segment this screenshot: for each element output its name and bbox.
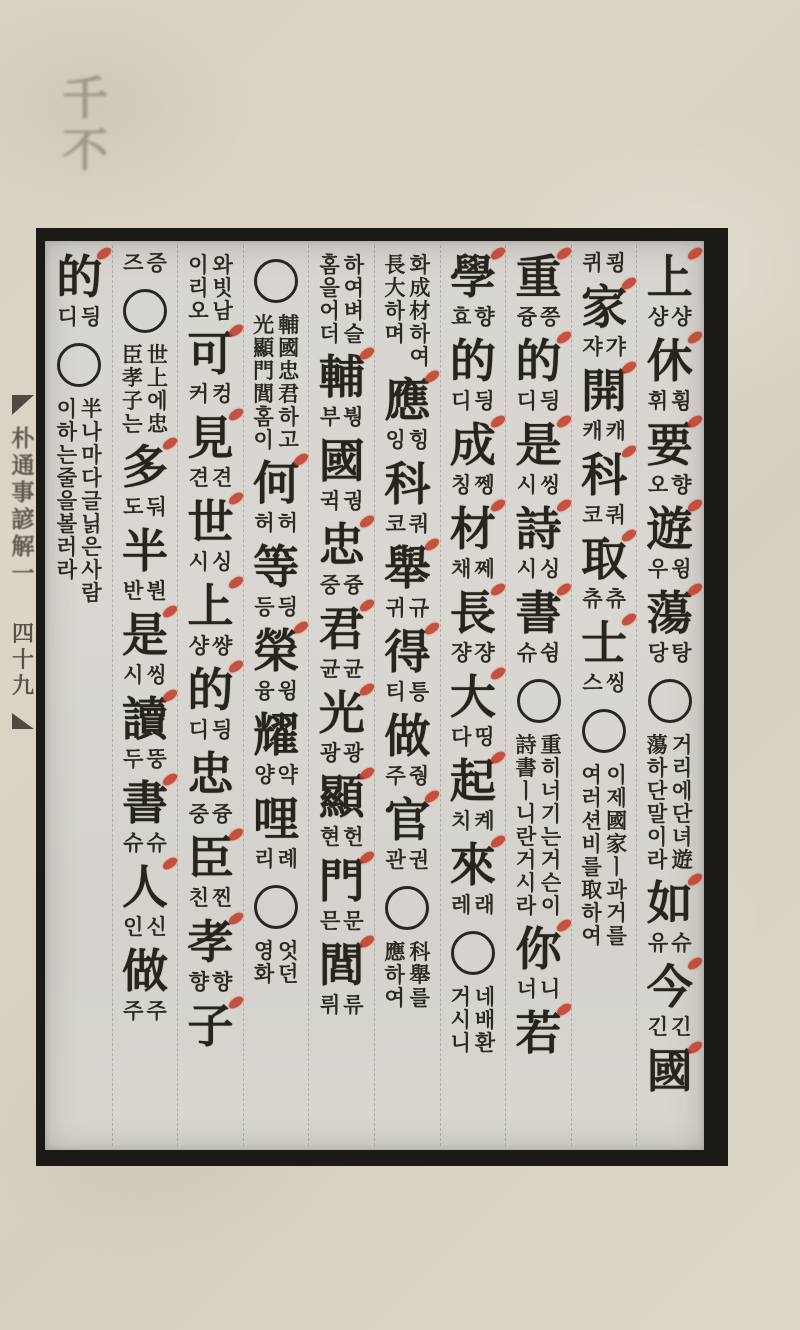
hangul-pronunciation-gloss: 탕당	[648, 641, 692, 665]
gloss-syllable: 등	[254, 595, 274, 619]
hanja-character: 休	[647, 335, 693, 387]
hanja-character: 是	[122, 609, 168, 661]
hangul-pronunciation-gloss: 붠반	[123, 579, 167, 603]
note-syllable: 하	[344, 253, 364, 276]
note-syllable: 科	[409, 940, 430, 963]
gloss-syllable: 약	[278, 763, 298, 787]
hanja-character: 忠	[188, 748, 234, 800]
note-syllable: 를	[606, 924, 626, 947]
note-syllable: 臣	[122, 343, 143, 366]
red-tone-mark	[620, 443, 638, 460]
gloss-syllable: 증	[146, 251, 166, 275]
gloss-syllable: 슈	[146, 831, 166, 855]
gloss-syllable: 믄	[320, 909, 340, 933]
note-syllable: 는	[541, 825, 561, 848]
gloss-syllable: 슈	[123, 831, 143, 855]
page-number-char: 四	[12, 621, 34, 647]
gloss-syllable: 샹	[671, 305, 691, 329]
hangul-pronunciation-gloss: 향효	[451, 305, 495, 329]
note-syllable: 詩	[516, 733, 537, 756]
note-syllable: 오	[188, 299, 208, 322]
note-syllable: 여	[344, 276, 364, 299]
book-title: 朴通事諺解一	[12, 425, 35, 587]
gloss-syllable: 즁	[517, 305, 537, 329]
note-syllable: 上	[147, 366, 168, 389]
red-tone-mark	[686, 1039, 704, 1056]
note-syllable: 글	[81, 489, 101, 512]
gloss-syllable: 츄	[582, 587, 602, 611]
gloss-syllable: 쯩	[540, 305, 560, 329]
note-syllable: 에	[147, 389, 167, 412]
book-title-char: 朴	[12, 425, 35, 452]
hangul-pronunciation-gloss: 딍디	[517, 389, 561, 413]
hangul-pronunciation-gloss: 규귀	[386, 596, 430, 620]
note-syllable: 光	[253, 313, 274, 336]
hanja-character: 科	[384, 458, 430, 510]
section-circle-marker	[254, 259, 298, 303]
hanja-character: 科	[581, 449, 627, 501]
note-syllable: 을	[319, 276, 339, 299]
red-tone-mark	[161, 771, 179, 788]
red-tone-mark	[489, 581, 507, 598]
hangul-pronunciation-gloss: 틍티	[386, 680, 430, 704]
note-syllable: 홈	[319, 253, 339, 276]
gloss-syllable: 싱	[212, 550, 232, 574]
note-syllable: 書	[516, 756, 537, 779]
gloss-syllable: 리	[254, 847, 274, 871]
hangul-pronunciation-gloss: 궝귁	[320, 489, 364, 513]
note-syllable: 材	[409, 299, 430, 322]
gloss-syllable: 딍	[540, 389, 560, 413]
hanja-character: 若	[516, 1007, 562, 1059]
note-syllable: 半	[81, 397, 102, 420]
note-syllable: 를	[581, 855, 601, 878]
note-syllable: 녀	[672, 825, 692, 848]
red-tone-mark	[686, 955, 704, 972]
note-syllable: 히	[541, 756, 561, 779]
gloss-syllable: 주	[123, 999, 143, 1023]
gloss-syllable: 찐	[212, 886, 232, 910]
gloss-syllable: 디	[517, 389, 537, 413]
note-syllable: 遊	[672, 848, 693, 871]
note-line: 光顯門閭홈이	[253, 313, 274, 451]
hangul-pronunciation-gloss: 문믄	[320, 909, 364, 933]
gloss-syllable: 시	[517, 557, 537, 581]
hangul-pronunciation-gloss: 싱시	[517, 557, 561, 581]
hanja-character: 如	[647, 877, 693, 929]
hangul-pronunciation-gloss: 균균	[320, 657, 364, 681]
note-syllable: 볼	[57, 512, 77, 535]
hangul-pronunciation-gloss: 견견	[189, 466, 233, 490]
gloss-syllable: 츄	[606, 587, 626, 611]
hangul-pronunciation-gloss: 힝잉	[386, 428, 430, 452]
book-title-char: 解	[12, 533, 35, 560]
gloss-syllable: 도	[123, 495, 143, 519]
interlinear-translation-note: 거리에단녀遊蕩하단말이라	[647, 733, 693, 871]
red-tone-mark	[620, 275, 638, 292]
gloss-syllable: 균	[343, 657, 363, 681]
column-6: 하여벼슬홈을어더輔붱부國궝귁忠즁중君균균光광광顯헌현門문믄閭류뤼	[308, 245, 374, 1146]
gloss-syllable: 슈	[517, 641, 537, 665]
gloss-syllable: 디	[189, 718, 209, 742]
gloss-syllable: 힝	[409, 428, 429, 452]
note-syllable: 忠	[147, 412, 168, 435]
note-syllable: 며	[385, 322, 405, 345]
note-syllable: 거	[451, 985, 471, 1008]
note-syllable: 君	[278, 382, 299, 405]
interlinear-translation-note: 와빗남이리오	[188, 253, 233, 322]
note-syllable: 다	[81, 466, 101, 489]
note-syllable: 國	[278, 336, 299, 359]
note-syllable: 하	[385, 963, 405, 986]
gloss-syllable: 쩨	[474, 557, 494, 581]
hangul-pronunciation-gloss: 허허	[254, 511, 298, 535]
book-title-char: 諺	[12, 506, 35, 533]
gloss-syllable: 줭	[409, 764, 429, 788]
note-syllable: 하	[57, 420, 77, 443]
red-tone-mark	[686, 413, 704, 430]
note-syllable: 國	[606, 809, 627, 832]
gloss-syllable: 융	[254, 679, 274, 703]
gloss-syllable: 휭	[671, 389, 691, 413]
note-syllable: 蕩	[647, 733, 668, 756]
note-syllable: 하	[581, 901, 601, 924]
red-tone-mark	[226, 322, 244, 339]
note-syllable: 환	[475, 1031, 495, 1054]
gloss-syllable: 슈	[671, 931, 691, 955]
hangul-pronunciation-gloss: 긴긴	[648, 1015, 692, 1039]
red-tone-mark	[489, 665, 507, 682]
note-line: 엇던	[278, 939, 298, 985]
hangul-pronunciation-gloss: 츄츄	[582, 587, 626, 611]
hanja-character: 詩	[516, 503, 562, 555]
gloss-syllable: 레	[451, 893, 471, 917]
note-syllable: 시	[516, 871, 536, 894]
red-tone-mark	[489, 497, 507, 514]
gloss-syllable: 당	[648, 641, 668, 665]
gloss-syllable: 래	[474, 893, 494, 917]
red-tone-mark	[423, 620, 441, 637]
note-line: 하여벼슬	[344, 253, 364, 345]
note-syllable: 말	[647, 802, 667, 825]
gloss-syllable: 디	[451, 389, 471, 413]
note-syllable: 어	[319, 299, 339, 322]
gloss-syllable: 반	[123, 579, 143, 603]
note-syllable: 이	[647, 825, 667, 848]
note-syllable: 여	[410, 345, 430, 368]
red-tone-mark	[554, 497, 572, 514]
note-line: 와빗남	[213, 253, 233, 322]
gloss-syllable: 띵	[474, 725, 494, 749]
hanja-character: 耀	[253, 709, 299, 761]
note-syllable: 이	[253, 428, 273, 451]
column-1-rightmost: 上샹샹休휭휘要향오遊윙우蕩탕당거리에단녀遊蕩하단말이라如슈유今긴긴國	[636, 245, 702, 1146]
note-syllable: 션	[581, 809, 601, 832]
red-tone-mark	[95, 245, 113, 262]
gloss-syllable: 긴	[648, 1015, 668, 1039]
gloss-syllable: 뚱	[146, 747, 166, 771]
note-line: 이제國家ㅣ과거를	[606, 763, 627, 947]
hanja-character: 成	[450, 419, 496, 471]
red-tone-mark	[358, 597, 376, 614]
note-line: 臣孝子는	[122, 343, 143, 435]
note-syllable: 閭	[253, 382, 274, 405]
hanja-character: 光	[319, 687, 365, 739]
gloss-syllable: 향	[671, 473, 691, 497]
red-tone-mark	[358, 933, 376, 950]
note-syllable: 네	[475, 985, 495, 1008]
hangul-pronunciation-gloss: 갸쟈	[582, 335, 626, 359]
hanja-character: 的	[450, 335, 496, 387]
interlinear-translation-note: 半나마다글닑은사람이하는줄을볼러라	[57, 397, 102, 604]
gloss-syllable: 유	[648, 931, 668, 955]
hanja-character: 何	[253, 457, 299, 509]
gloss-syllable: 쩽	[474, 473, 494, 497]
note-line: 이하는줄을볼러라	[57, 397, 77, 604]
note-line: 네배환	[475, 985, 495, 1054]
gloss-syllable: 코	[386, 512, 406, 536]
red-tone-mark	[423, 788, 441, 805]
section-circle-marker	[451, 931, 495, 975]
text-columns: 上샹샹休휭휘要향오遊윙우蕩탕당거리에단녀遊蕩하단말이라如슈유今긴긴國쾽퀴家갸쟈開…	[47, 245, 702, 1146]
note-syllable: 하	[410, 322, 430, 345]
note-line: 화成材하여	[409, 253, 430, 368]
hanja-character: 遊	[647, 503, 693, 555]
gloss-syllable: 향	[474, 305, 494, 329]
page-number-char: 九	[12, 673, 34, 699]
note-syllable: 家	[606, 832, 627, 855]
gloss-syllable: 딍	[278, 595, 298, 619]
section-circle-marker	[123, 289, 167, 333]
gloss-syllable: 오	[648, 473, 668, 497]
hangul-pronunciation-gloss: 쩽칭	[451, 473, 495, 497]
gloss-syllable: 권	[409, 848, 429, 872]
gloss-syllable: 현	[320, 825, 340, 849]
note-syllable: 는	[122, 412, 142, 435]
gloss-syllable: 두	[123, 747, 143, 771]
gloss-syllable: 궝	[343, 489, 363, 513]
section-circle-marker	[57, 343, 101, 387]
gloss-syllable: 스	[582, 671, 602, 695]
section-circle-marker	[648, 679, 692, 723]
note-syllable: 하	[278, 405, 298, 428]
gloss-syllable: 부	[320, 405, 340, 429]
gloss-syllable: 붱	[343, 405, 363, 429]
note-syllable: 거	[672, 733, 692, 756]
red-tone-mark	[686, 497, 704, 514]
gloss-syllable: 샹	[648, 305, 668, 329]
note-syllable: 니	[516, 802, 536, 825]
hangul-pronunciation-gloss: 향오	[648, 473, 692, 497]
hanja-character: 來	[450, 839, 496, 891]
wrapped-pronunciation-gloss: 증즈	[123, 251, 167, 275]
note-syllable: 長	[384, 253, 405, 276]
gloss-syllable: 싱	[540, 557, 560, 581]
hangul-pronunciation-gloss: 슈슈	[123, 831, 167, 855]
section-circle-marker	[517, 679, 561, 723]
hanja-character: 的	[516, 335, 562, 387]
hanja-character: 忠	[319, 519, 365, 571]
note-line: 輔國忠君하고	[278, 313, 299, 451]
center-fold-margin: 朴通事諺解一 四十九	[8, 395, 38, 729]
gloss-syllable: 쿼	[409, 512, 429, 536]
note-syllable: 門	[253, 359, 274, 382]
gloss-syllable: 커	[189, 382, 209, 406]
hanja-character: 今	[647, 961, 693, 1013]
hanja-character: 多	[122, 441, 168, 493]
gloss-syllable: 향	[189, 970, 209, 994]
red-tone-mark	[358, 765, 376, 782]
red-tone-mark	[358, 345, 376, 362]
hangul-pronunciation-gloss: 즁중	[189, 802, 233, 826]
gloss-syllable: 헌	[343, 825, 363, 849]
red-tone-mark	[554, 245, 572, 262]
note-syllable: 거	[606, 901, 626, 924]
note-syllable: 던	[278, 962, 298, 985]
note-syllable: 단	[647, 779, 667, 802]
hanja-character: 取	[581, 533, 627, 585]
gloss-syllable: 친	[189, 886, 209, 910]
interlinear-translation-note: 輔國忠君하고光顯門閭홈이	[253, 313, 299, 451]
note-syllable: 단	[672, 802, 692, 825]
gloss-syllable: 휘	[648, 389, 668, 413]
hangul-pronunciation-gloss: 주주	[123, 999, 167, 1023]
note-syllable: 벼	[344, 299, 364, 322]
ghost-char: 不	[62, 124, 108, 176]
interlinear-translation-note: 重히너기는거슨이詩書ㅣ니란거시라	[516, 733, 562, 917]
note-line: 應하여	[384, 940, 405, 1009]
hanja-character: 半	[122, 525, 168, 577]
hangul-pronunciation-gloss: 씽시	[123, 663, 167, 687]
red-tone-mark	[489, 833, 507, 850]
red-tone-mark	[620, 611, 638, 628]
red-tone-mark	[686, 245, 704, 262]
gloss-syllable: 윙	[278, 679, 298, 703]
note-syllable: 람	[81, 581, 101, 604]
note-syllable: 에	[672, 779, 692, 802]
red-tone-mark	[686, 329, 704, 346]
hanja-character: 子	[188, 1000, 234, 1052]
hanja-character: 臣	[188, 832, 234, 884]
gloss-syllable: 쟈	[582, 335, 602, 359]
red-tone-mark	[161, 603, 179, 620]
interlinear-translation-note: 科舉를應하여	[384, 940, 430, 1009]
gloss-syllable: 너	[517, 977, 537, 1001]
note-syllable: 여	[581, 763, 601, 786]
hangul-pronunciation-gloss: 슈유	[648, 931, 692, 955]
section-circle-marker	[582, 709, 626, 753]
gloss-syllable: 딍	[81, 305, 101, 329]
note-syllable: 顯	[253, 336, 274, 359]
red-tone-mark	[554, 329, 572, 346]
red-tone-mark	[226, 994, 244, 1011]
red-tone-mark	[226, 658, 244, 675]
hanja-character: 是	[516, 419, 562, 471]
hanja-character: 蕩	[647, 587, 693, 639]
note-syllable: 應	[384, 940, 405, 963]
gloss-syllable: 디	[58, 305, 78, 329]
red-tone-mark	[226, 574, 244, 591]
gloss-syllable: 허	[278, 511, 298, 535]
note-syllable: 홈	[253, 405, 273, 428]
note-syllable: 리	[672, 756, 692, 779]
note-syllable: 나	[81, 420, 101, 443]
note-syllable: 니	[451, 1031, 471, 1054]
interlinear-translation-note: 하여벼슬홈을어더	[319, 253, 364, 345]
hangul-pronunciation-gloss: 뚱두	[123, 747, 167, 771]
note-syllable: 舉	[409, 963, 430, 986]
note-syllable: 시	[451, 1008, 471, 1031]
note-syllable: 제	[606, 786, 626, 809]
column-10-leftmost: 的딍디半나마다글닑은사람이하는줄을볼러라	[47, 245, 112, 1146]
gloss-syllable: 둬	[146, 495, 166, 519]
column-8: 와빗남이리오可컹커見견견世싱시上썅샹的딍디忠즁중臣찐친孝향향子	[177, 245, 243, 1146]
interlinear-translation-note: 네배환거시니	[451, 985, 496, 1054]
gloss-syllable: 치	[451, 809, 471, 833]
hangul-pronunciation-gloss: 헌현	[320, 825, 364, 849]
gloss-syllable: 코	[582, 503, 602, 527]
note-syllable: 이	[188, 253, 208, 276]
hanja-character: 長	[450, 587, 496, 639]
note-line: 이리오	[188, 253, 208, 322]
red-tone-mark	[358, 849, 376, 866]
red-tone-mark	[489, 245, 507, 262]
gloss-syllable: 례	[278, 847, 298, 871]
gloss-syllable: 긴	[671, 1015, 691, 1039]
note-syllable: 과	[606, 878, 626, 901]
hangul-pronunciation-gloss: 씽시	[517, 473, 561, 497]
hangul-pronunciation-gloss: 딍등	[254, 595, 298, 619]
ghost-bleedthrough-marks: 千不	[62, 72, 108, 176]
red-tone-mark	[292, 451, 310, 468]
gloss-syllable: 티	[386, 680, 406, 704]
hangul-pronunciation-gloss: 례리	[254, 847, 298, 871]
red-tone-mark	[620, 527, 638, 544]
hangul-pronunciation-gloss: 컹커	[189, 382, 233, 406]
hanja-character: 起	[450, 755, 496, 807]
gloss-syllable: 딍	[212, 718, 232, 742]
gloss-syllable: 견	[189, 466, 209, 490]
section-circle-marker	[385, 886, 429, 930]
note-syllable: 러	[57, 535, 77, 558]
note-syllable: 子	[122, 389, 143, 412]
hanja-character: 應	[384, 374, 430, 426]
note-line: 거시니	[451, 985, 471, 1054]
gloss-syllable: 뤼	[320, 993, 340, 1017]
gloss-syllable: 붠	[146, 579, 166, 603]
red-tone-mark	[489, 413, 507, 430]
note-syllable: 여	[385, 986, 405, 1009]
red-tone-mark	[554, 917, 572, 934]
note-line: 영화	[254, 939, 274, 985]
note-syllable: ㅣ	[516, 779, 536, 802]
hanja-character: 官	[384, 794, 430, 846]
note-syllable: 重	[541, 733, 562, 756]
gloss-syllable: 시	[189, 550, 209, 574]
gloss-syllable: 중	[189, 802, 209, 826]
book-title-char: 一	[12, 560, 35, 587]
red-tone-mark	[423, 368, 441, 385]
note-syllable: 라	[57, 558, 77, 581]
gloss-syllable: 씽	[606, 671, 626, 695]
note-syllable: 라	[516, 894, 536, 917]
red-tone-mark	[226, 826, 244, 843]
note-syllable: 世	[147, 343, 168, 366]
gloss-syllable: 즈	[123, 251, 143, 275]
note-syllable: 란	[516, 825, 536, 848]
hanja-character: 人	[122, 861, 168, 913]
gloss-syllable: 견	[212, 466, 232, 490]
